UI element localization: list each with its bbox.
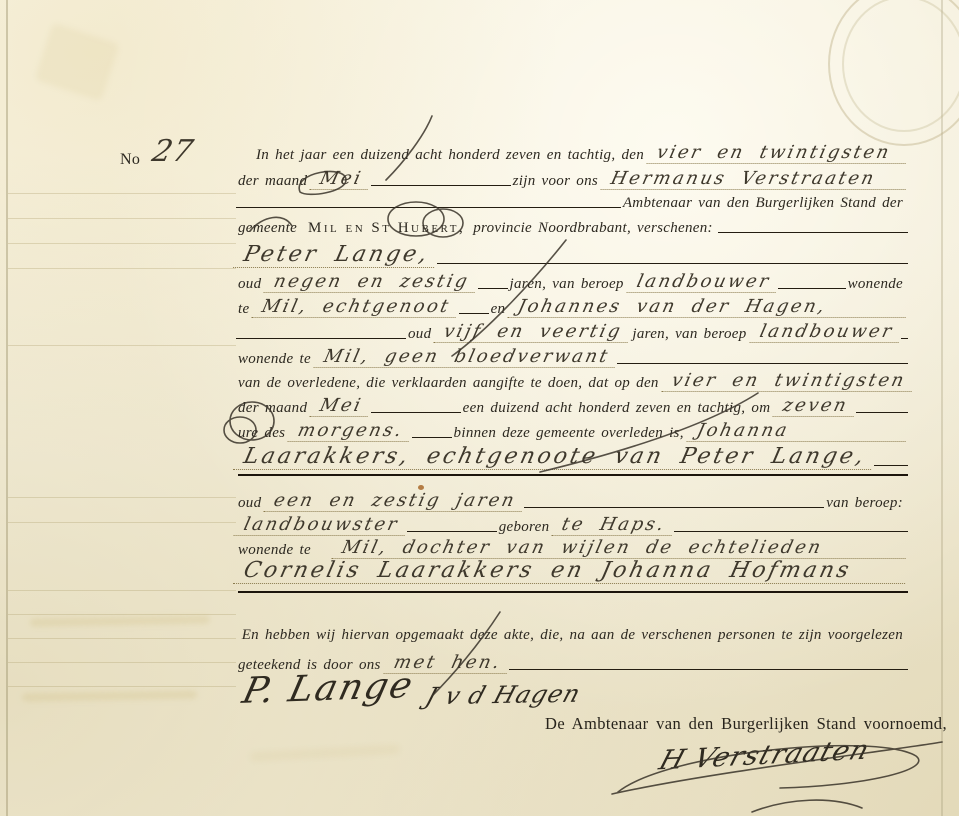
handwritten-declarant1: Peter Lange, [233, 242, 440, 268]
bleedthrough-rule [8, 268, 236, 269]
signature-declarant2: J v d Hagen [422, 680, 584, 711]
handwritten-death-month: Mei [310, 395, 373, 417]
handwritten-occupation: landbouwer [749, 321, 903, 343]
fill-line [407, 531, 497, 532]
signature-registrar: H Verstraaten [655, 735, 873, 777]
fill-line [371, 185, 511, 186]
handwritten-death-day: vier en twintigsten [661, 370, 916, 392]
printed-text: provincie Noordbrabant, verschenen: [471, 220, 718, 237]
fill-line [856, 412, 908, 413]
form-line-deceased-age: oud een en zestig jaren van beroep: [236, 490, 908, 512]
handwritten-occupation: landbouwster [233, 514, 409, 536]
bleedthrough-rule [8, 243, 236, 244]
form-line-official: Ambtenaar van den Burgerlijken Stand der [236, 195, 908, 212]
form-line-parents-names: Cornelis Laarakkers en Johanna Hofmans [236, 558, 908, 584]
divider-line [238, 591, 908, 593]
form-line-death-date: der maand Mei een duizend acht honderd z… [236, 395, 908, 417]
handwritten-registrar-name: Hermanus Verstraaten [600, 168, 910, 190]
form-line-declarant1-age: oud negen en zestig jaren, van beroep la… [236, 271, 908, 293]
handwritten-declarant2: Johannes van der Hagen, [508, 296, 911, 318]
signature-declarant1: P. Lange [238, 665, 418, 712]
handwritten-deceased-firstname: Johanna [686, 420, 910, 442]
form-line-death-place: ure des morgens. binnen deze gemeente ov… [236, 420, 908, 442]
fill-line [778, 288, 846, 289]
bleedthrough-rule [8, 345, 236, 346]
fill-line [437, 263, 908, 264]
handwritten-birthplace: te Haps. [552, 514, 677, 536]
printed-text: En hebben wij hiervan opgemaakt deze akt… [240, 627, 908, 644]
printed-text: oud [236, 495, 266, 512]
act-number-value: 27 [141, 134, 205, 169]
printed-text: zijn voor ons [511, 173, 603, 190]
fill-line [674, 531, 908, 532]
form-line-municipality: gemeente Mil en St Hubert, provincie Noo… [236, 220, 908, 237]
handwritten-occupation: landbouwer [626, 271, 780, 293]
handwritten-parents: Cornelis Laarakkers en Johanna Hofmans [233, 558, 911, 584]
form-line-attestation: En hebben wij hiervan opgemaakt deze akt… [236, 627, 908, 644]
fill-line [718, 232, 908, 233]
declarant-signatures: P. Lange J v d Hagen [244, 668, 579, 709]
fill-line [459, 313, 489, 314]
form-line-month: der maand Mei zijn voor ons Hermanus Ver… [236, 168, 908, 190]
form-line-year: In het jaar een duizend acht honderd zev… [236, 142, 908, 164]
printed-text: In het jaar een duizend acht honderd zev… [254, 147, 649, 164]
bleedthrough-rule [8, 193, 236, 194]
handwritten-relation: Mil, geen bloedverwant [313, 346, 619, 368]
form-line-declarant2-age: oud vijf en veertig jaren, van beroep la… [236, 321, 908, 343]
closing-statement: De Ambtenaar van den Burgerlijken Stand … [545, 714, 947, 734]
fill-line [371, 412, 461, 413]
printed-text: oud [236, 276, 266, 293]
fill-line [874, 465, 908, 466]
embossed-seal-inner [842, 0, 959, 132]
handwritten-residence: Mil, echtgenoot [252, 296, 461, 318]
fill-line [412, 437, 452, 438]
municipality-name: Mil en St Hubert, [302, 220, 471, 237]
fill-line [236, 338, 406, 339]
bleedthrough-rule [8, 218, 236, 219]
handwritten-death-hour: zeven [773, 395, 859, 417]
printed-text: der maand [236, 400, 312, 417]
fill-line [901, 338, 908, 339]
fill-line [478, 288, 508, 289]
handwritten-age: vijf en veertig [434, 321, 633, 343]
bleedthrough-rule [8, 497, 236, 498]
death-certificate-scan: No 27 In het jaar een duizend acht honde… [0, 0, 959, 816]
printed-text: ure des [236, 425, 290, 442]
printed-text: oud [406, 326, 436, 343]
bleedthrough-smudge [22, 690, 197, 701]
divider-line [238, 474, 908, 476]
form-line-deceased-name: Laarakkers, echtgenoote van Peter Lange, [236, 444, 908, 470]
printed-text: wonende te [236, 351, 316, 368]
printed-text: jaren, van beroep [630, 326, 751, 343]
bleedthrough-rule [8, 662, 236, 663]
form-line-declarant2-residence: wonende te Mil, geen bloedverwant [236, 346, 908, 368]
printed-text: Ambtenaar van den Burgerlijken Stand der [621, 195, 908, 212]
printed-text: van beroep: [824, 495, 908, 512]
printed-text: wonende te [236, 542, 316, 559]
bleedthrough-rule [8, 522, 236, 523]
handwritten-deceased-name: Laarakkers, echtgenoote van Peter Lange, [233, 444, 877, 470]
fill-line [617, 363, 908, 364]
printed-text: een duizend acht honderd zeven en tachti… [461, 400, 776, 417]
printed-text: jaren, van beroep [508, 276, 629, 293]
form-line-declarant1-name: Peter Lange, [236, 242, 908, 268]
bleedthrough-smudge [250, 744, 400, 762]
act-number: No 27 [118, 134, 201, 169]
bleedthrough-rule [8, 686, 236, 687]
bleedthrough-smudge [34, 23, 119, 102]
printed-text: geboren [497, 519, 555, 536]
registrar-signature: H Verstraaten [662, 740, 867, 771]
handwritten-month: Mei [310, 168, 373, 190]
fill-line [524, 507, 824, 508]
page-fold-left [6, 0, 8, 816]
handwritten-daypart: morgens. [288, 420, 414, 442]
printed-text: der maand [236, 173, 312, 190]
form-line-declarant1-residence: te Mil, echtgenoot en Johannes van der H… [236, 296, 908, 318]
bleedthrough-rule [8, 590, 236, 591]
form-line-deceased-occupation: landbouwster geboren te Haps. [236, 514, 908, 536]
handwritten-age: een en zestig jaren [264, 490, 527, 512]
printed-text: binnen deze gemeente overleden is, [452, 425, 689, 442]
printed-text: gemeente [236, 220, 302, 237]
printed-text: van de overledene, die verklaarden aangi… [236, 375, 664, 392]
form-line-declaration: van de overledene, die verklaarden aangi… [236, 370, 908, 392]
fill-line [236, 207, 621, 208]
handwritten-parentage: Mil, dochter van wijlen de echtelieden [331, 537, 910, 559]
printed-text: wonende [846, 276, 908, 293]
bleedthrough-rule [8, 638, 236, 639]
form-line-deceased-residence: wonende te Mil, dochter van wijlen de ec… [236, 537, 908, 559]
handwritten-age: negen en zestig [264, 271, 480, 293]
bleedthrough-smudge [30, 615, 210, 626]
handwritten-day: vier en twintigsten [646, 142, 910, 164]
